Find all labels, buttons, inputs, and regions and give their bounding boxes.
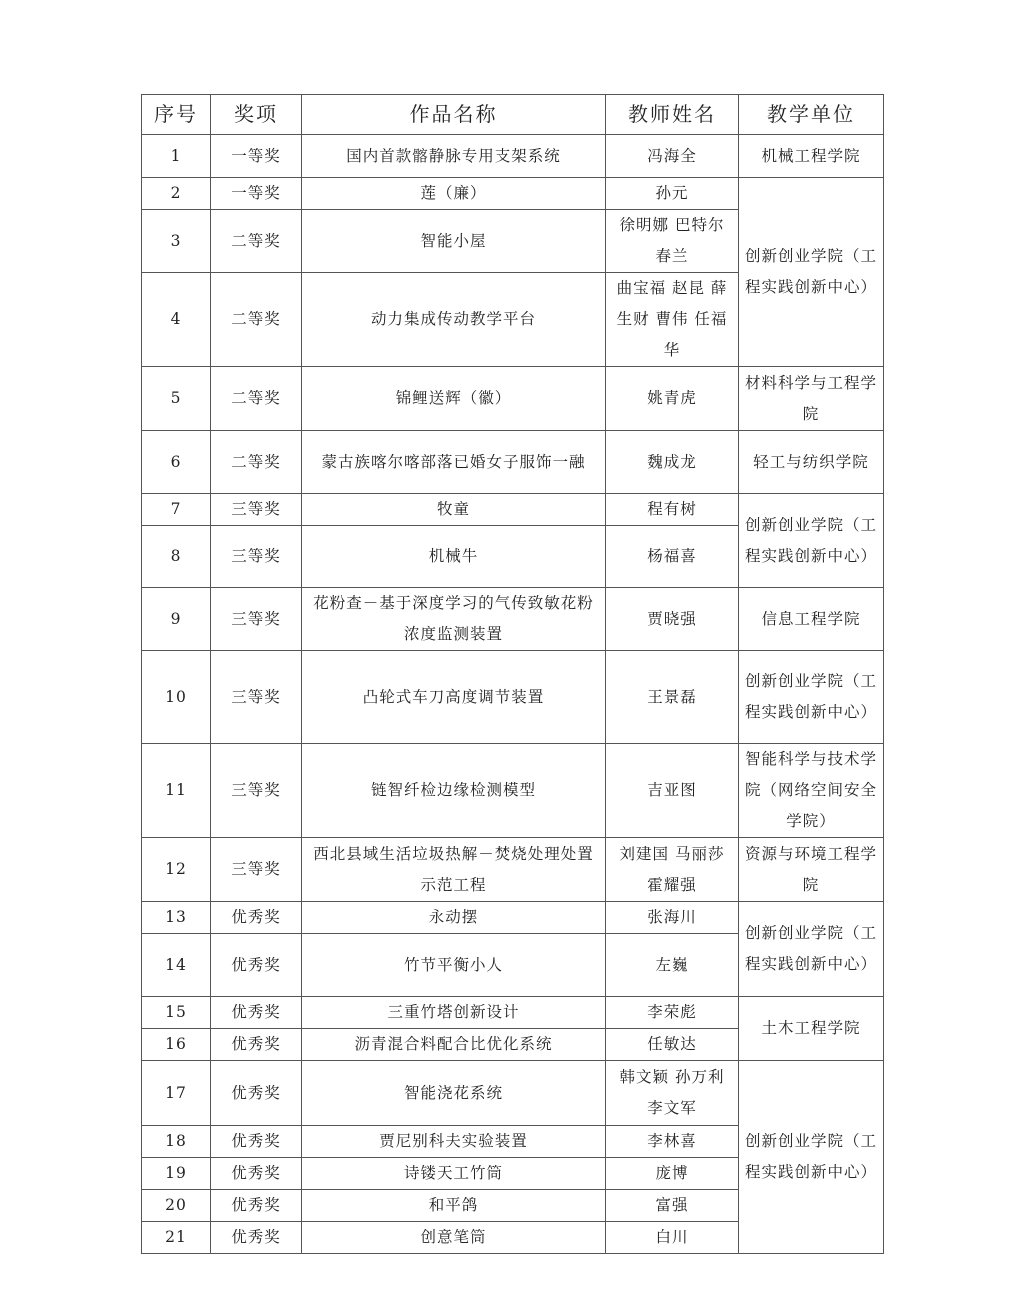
cell-no: 11: [142, 744, 211, 838]
cell-award: 优秀奖: [211, 1222, 302, 1254]
cell-work: 西北县域生活垃圾热解－焚烧处理处置示范工程: [302, 838, 606, 902]
cell-award: 二等奖: [211, 367, 302, 431]
cell-no: 13: [142, 902, 211, 934]
cell-no: 10: [142, 651, 211, 744]
cell-unit: 创新创业学院（工程实践创新中心）: [739, 1061, 884, 1254]
cell-work: 诗镂天工竹筒: [302, 1158, 606, 1190]
cell-work: 动力集成传动教学平台: [302, 273, 606, 367]
header-unit: 教学单位: [739, 95, 884, 135]
cell-award: 优秀奖: [211, 1061, 302, 1126]
table-row: 17优秀奖智能浇花系统韩文颖 孙万利李文军创新创业学院（工程实践创新中心）: [142, 1061, 884, 1126]
cell-teacher: 富强: [606, 1190, 739, 1222]
cell-award: 二等奖: [211, 273, 302, 367]
table-row: 5二等奖锦鲤送辉（徽）姚青虎材料科学与工程学院: [142, 367, 884, 431]
table-header-row: 序号 奖项 作品名称 教师姓名 教学单位: [142, 95, 884, 135]
cell-award: 二等奖: [211, 431, 302, 494]
table-row: 7三等奖牧童程有树创新创业学院（工程实践创新中心）: [142, 494, 884, 526]
cell-work: 凸轮式车刀高度调节装置: [302, 651, 606, 744]
cell-teacher: 任敏达: [606, 1029, 739, 1061]
cell-no: 6: [142, 431, 211, 494]
header-no: 序号: [142, 95, 211, 135]
cell-work: 智能小屋: [302, 210, 606, 273]
cell-teacher: 冯海全: [606, 135, 739, 178]
cell-work: 创意笔筒: [302, 1222, 606, 1254]
cell-award: 优秀奖: [211, 1126, 302, 1158]
cell-teacher: 李林喜: [606, 1126, 739, 1158]
cell-no: 9: [142, 588, 211, 651]
cell-work: 和平鸽: [302, 1190, 606, 1222]
cell-award: 三等奖: [211, 838, 302, 902]
table-row: 12三等奖西北县域生活垃圾热解－焚烧处理处置示范工程刘建国 马丽莎霍耀强资源与环…: [142, 838, 884, 902]
table-row: 13优秀奖永动摆张海川创新创业学院（工程实践创新中心）: [142, 902, 884, 934]
cell-no: 12: [142, 838, 211, 902]
cell-no: 4: [142, 273, 211, 367]
table-row: 2一等奖莲（廉）孙元创新创业学院（工程实践创新中心）: [142, 178, 884, 210]
table-row: 6二等奖蒙古族喀尔喀部落已婚女子服饰一融魏成龙轻工与纺织学院: [142, 431, 884, 494]
table-row: 9三等奖花粉查－基于深度学习的气传致敏花粉浓度监测装置贾晓强信息工程学院: [142, 588, 884, 651]
cell-no: 7: [142, 494, 211, 526]
cell-unit: 土木工程学院: [739, 997, 884, 1061]
cell-unit: 材料科学与工程学院: [739, 367, 884, 431]
cell-award: 优秀奖: [211, 902, 302, 934]
award-table: 序号 奖项 作品名称 教师姓名 教学单位 1一等奖国内首款髂静脉专用支架系统冯海…: [141, 94, 884, 1254]
cell-unit: 机械工程学院: [739, 135, 884, 178]
cell-unit: 信息工程学院: [739, 588, 884, 651]
table-row: 1一等奖国内首款髂静脉专用支架系统冯海全机械工程学院: [142, 135, 884, 178]
table-row: 15优秀奖三重竹塔创新设计李荣彪土木工程学院: [142, 997, 884, 1029]
cell-no: 21: [142, 1222, 211, 1254]
cell-unit: 创新创业学院（工程实践创新中心）: [739, 494, 884, 588]
cell-work: 国内首款髂静脉专用支架系统: [302, 135, 606, 178]
cell-work: 莲（廉）: [302, 178, 606, 210]
cell-award: 三等奖: [211, 588, 302, 651]
cell-work: 牧童: [302, 494, 606, 526]
cell-award: 三等奖: [211, 526, 302, 588]
cell-work: 三重竹塔创新设计: [302, 997, 606, 1029]
cell-teacher: 吉亚图: [606, 744, 739, 838]
table-row: 11三等奖链智纤检边缘检测模型吉亚图智能科学与技术学院（网络空间安全学院）: [142, 744, 884, 838]
cell-award: 一等奖: [211, 135, 302, 178]
cell-teacher: 曲宝福 赵昆 薛生财 曹伟 任福华: [606, 273, 739, 367]
cell-award: 优秀奖: [211, 1190, 302, 1222]
cell-award: 优秀奖: [211, 934, 302, 997]
cell-teacher: 姚青虎: [606, 367, 739, 431]
cell-award: 优秀奖: [211, 1158, 302, 1190]
cell-teacher: 庞博: [606, 1158, 739, 1190]
cell-unit: 创新创业学院（工程实践创新中心）: [739, 178, 884, 367]
cell-no: 3: [142, 210, 211, 273]
cell-no: 8: [142, 526, 211, 588]
cell-unit: 资源与环境工程学院: [739, 838, 884, 902]
cell-teacher: 程有树: [606, 494, 739, 526]
cell-teacher: 韩文颖 孙万利李文军: [606, 1061, 739, 1126]
cell-teacher: 贾晓强: [606, 588, 739, 651]
cell-work: 智能浇花系统: [302, 1061, 606, 1126]
cell-no: 15: [142, 997, 211, 1029]
cell-unit: 创新创业学院（工程实践创新中心）: [739, 902, 884, 997]
cell-award: 一等奖: [211, 178, 302, 210]
cell-award: 优秀奖: [211, 997, 302, 1029]
cell-no: 2: [142, 178, 211, 210]
cell-award: 三等奖: [211, 744, 302, 838]
cell-award: 二等奖: [211, 210, 302, 273]
cell-no: 20: [142, 1190, 211, 1222]
cell-no: 14: [142, 934, 211, 997]
cell-teacher: 王景磊: [606, 651, 739, 744]
cell-teacher: 刘建国 马丽莎霍耀强: [606, 838, 739, 902]
cell-work: 链智纤检边缘检测模型: [302, 744, 606, 838]
cell-no: 18: [142, 1126, 211, 1158]
cell-award: 优秀奖: [211, 1029, 302, 1061]
cell-teacher: 张海川: [606, 902, 739, 934]
cell-teacher: 李荣彪: [606, 997, 739, 1029]
cell-work: 沥青混合料配合比优化系统: [302, 1029, 606, 1061]
cell-work: 机械牛: [302, 526, 606, 588]
cell-teacher: 左巍: [606, 934, 739, 997]
cell-unit: 智能科学与技术学院（网络空间安全学院）: [739, 744, 884, 838]
cell-work: 竹节平衡小人: [302, 934, 606, 997]
header-work: 作品名称: [302, 95, 606, 135]
cell-award: 三等奖: [211, 651, 302, 744]
cell-no: 1: [142, 135, 211, 178]
cell-work: 贾尼别科夫实验装置: [302, 1126, 606, 1158]
cell-teacher: 孙元: [606, 178, 739, 210]
cell-award: 三等奖: [211, 494, 302, 526]
cell-teacher: 杨福喜: [606, 526, 739, 588]
cell-no: 17: [142, 1061, 211, 1126]
cell-no: 5: [142, 367, 211, 431]
cell-teacher: 白川: [606, 1222, 739, 1254]
cell-work: 蒙古族喀尔喀部落已婚女子服饰一融: [302, 431, 606, 494]
cell-teacher: 徐明娜 巴特尔春兰: [606, 210, 739, 273]
cell-no: 16: [142, 1029, 211, 1061]
cell-no: 19: [142, 1158, 211, 1190]
cell-work: 锦鲤送辉（徽）: [302, 367, 606, 431]
header-teacher: 教师姓名: [606, 95, 739, 135]
cell-unit: 创新创业学院（工程实践创新中心）: [739, 651, 884, 744]
cell-work: 花粉查－基于深度学习的气传致敏花粉浓度监测装置: [302, 588, 606, 651]
header-award: 奖项: [211, 95, 302, 135]
cell-teacher: 魏成龙: [606, 431, 739, 494]
cell-work: 永动摆: [302, 902, 606, 934]
cell-unit: 轻工与纺织学院: [739, 431, 884, 494]
table-row: 10三等奖凸轮式车刀高度调节装置王景磊创新创业学院（工程实践创新中心）: [142, 651, 884, 744]
